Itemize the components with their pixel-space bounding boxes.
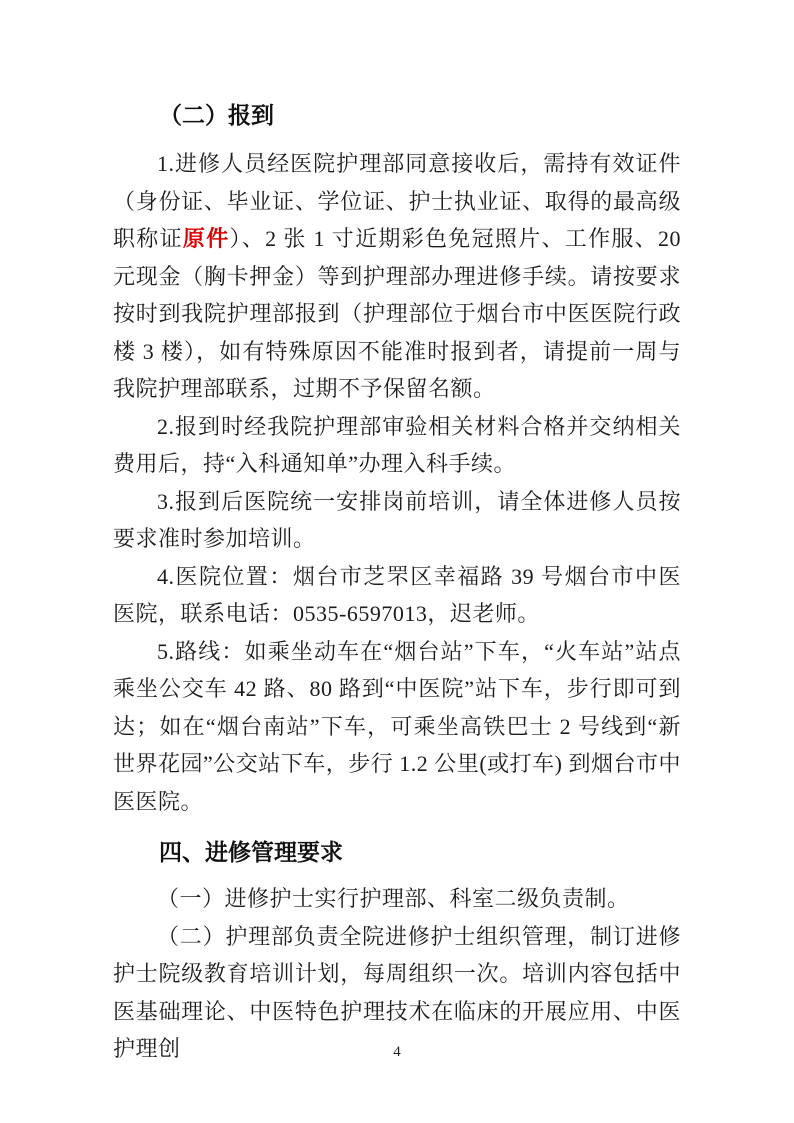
registration-item-3: 3.报到后医院统一安排岗前培训，请全体进修人员按要求准时参加培训。: [113, 483, 681, 558]
page-number: 4: [0, 1044, 794, 1061]
registration-item-5: 5.路线：如乘坐动车在“烟台站”下车，“火车站”站点乘坐公交车 42 路、80 …: [113, 633, 681, 821]
document-content: （二）报到 1.进修人员经医院护理部同意接收后，需持有效证件（身份证、毕业证、学…: [113, 97, 681, 1068]
registration-item-1-red-highlight: 原件: [183, 226, 230, 251]
document-page: （二）报到 1.进修人员经医院护理部同意接收后，需持有效证件（身份证、毕业证、学…: [0, 0, 794, 1123]
management-item-1: （一）进修护士实行护理部、科室二级负责制。: [113, 880, 681, 918]
registration-item-1: 1.进修人员经医院护理部同意接收后，需持有效证件（身份证、毕业证、学位证、护士执…: [113, 145, 681, 408]
registration-item-1-text-after: ）、2 张 1 寸近期彩色免冠照片、工作服、20 元现金（胸卡押金）等到护理部办…: [113, 226, 681, 401]
section-heading-management: 四、进修管理要求: [113, 833, 681, 871]
registration-item-2: 2.报到时经我院护理部审验相关材料合格并交纳相关费用后，持“入科通知单”办理入科…: [113, 408, 681, 483]
registration-item-4: 4.医院位置：烟台市芝罘区幸福路 39 号烟台市中医医院，联系电话：0535-6…: [113, 558, 681, 633]
section-heading-registration: （二）报到: [113, 97, 681, 135]
